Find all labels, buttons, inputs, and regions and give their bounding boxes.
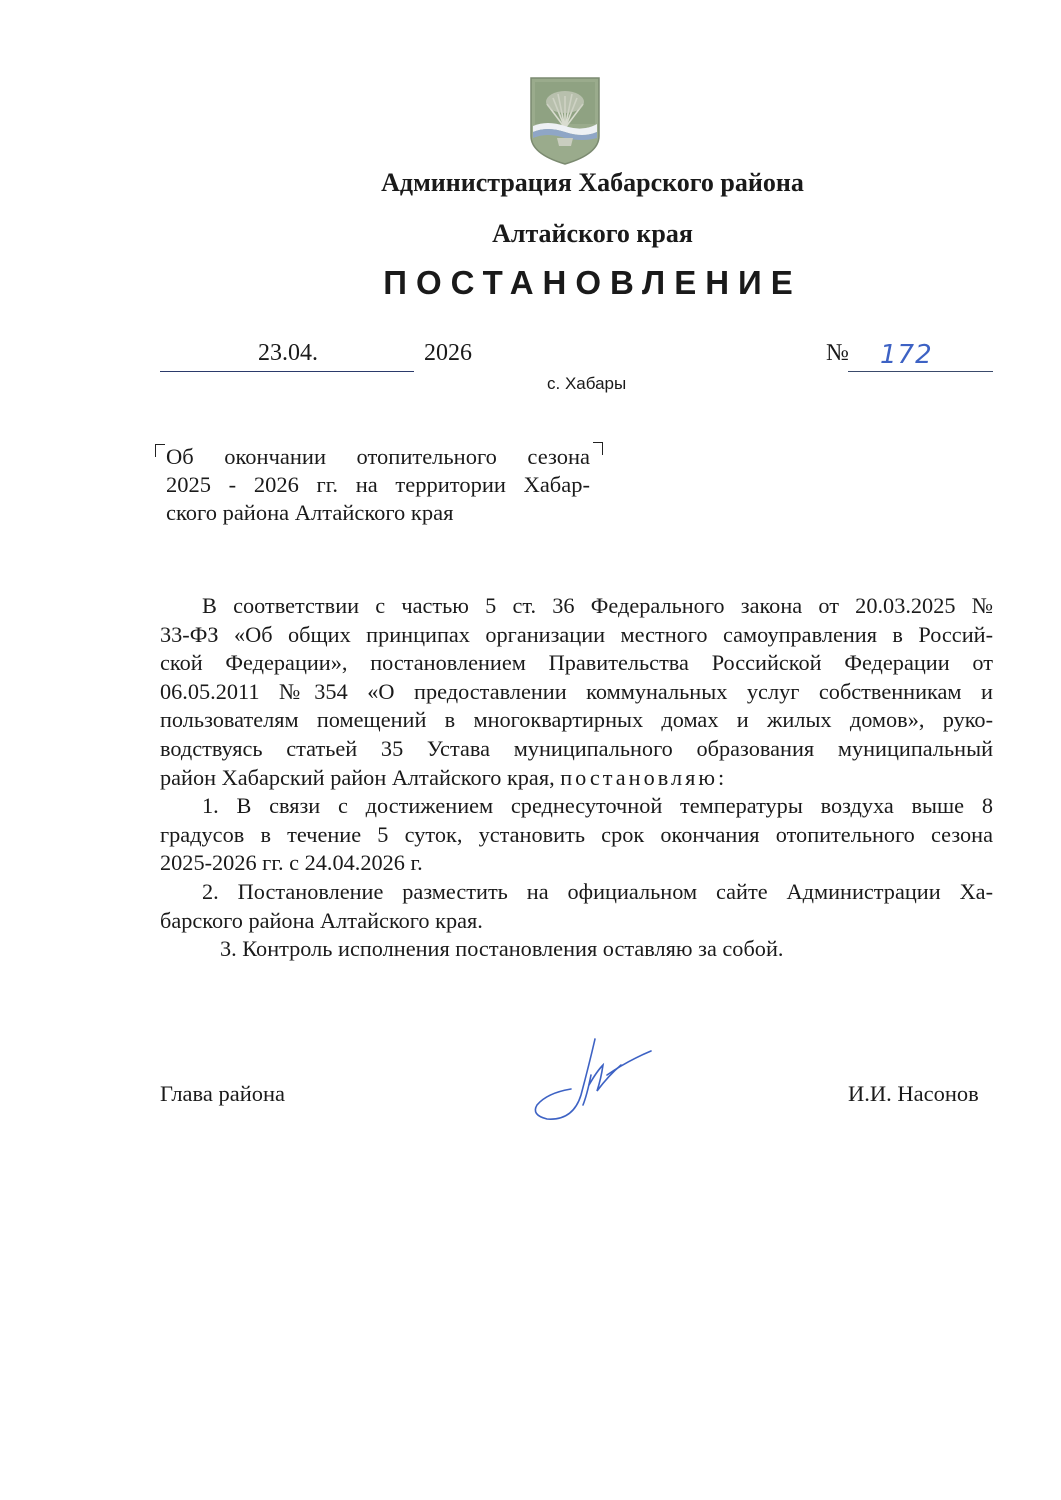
subject-bracket-left [155, 444, 165, 457]
date-underline [160, 371, 414, 372]
handwritten-signature-icon [525, 1035, 655, 1130]
body-line: 3. Контроль исполнения постановления ост… [160, 935, 993, 964]
organization-name: Администрация Хабарского района [0, 168, 1061, 198]
body-line: 2. Постановление разместить на официальн… [160, 878, 993, 907]
document-number: 172 [880, 340, 933, 370]
body-line: водствуясь статьей 35 Устава муниципальн… [160, 735, 993, 764]
body-line-with-decree: район Хабарский район Алтайского края, п… [160, 764, 993, 793]
signatory-title: Глава района [160, 1081, 285, 1107]
number-sign: № [826, 340, 849, 367]
place-of-issue: с. Хабары [547, 374, 626, 394]
body-line: район Хабарский район Алтайского края, [160, 765, 560, 790]
document-date-year: 2026 [424, 340, 472, 367]
document-subject: Об окончании отопительного сезона 2025 -… [166, 443, 590, 527]
subject-line: Об окончании отопительного сезона [166, 443, 590, 471]
item-3-paragraph: 3. Контроль исполнения постановления ост… [160, 935, 993, 964]
body-line: 2025-2026 гг. с 24.04.2026 г. [160, 849, 993, 878]
body-line: В соответствии с частью 5 ст. 36 Федерал… [160, 592, 993, 621]
subject-line: ского района Алтайского края [166, 499, 590, 527]
document-type-title: ПОСТАНОВЛЕНИЕ [0, 264, 1061, 302]
body-line: градусов в течение 5 суток, установить с… [160, 821, 993, 850]
subject-bracket-right [593, 442, 603, 455]
preamble-paragraph: В соответствии с частью 5 ст. 36 Федерал… [160, 592, 993, 792]
document-body: В соответствии с частью 5 ст. 36 Федерал… [160, 592, 993, 964]
signatory-name: И.И. Насонов [848, 1081, 979, 1107]
body-line: 1. В связи с достижением среднесуточной … [160, 792, 993, 821]
item-1-paragraph: 1. В связи с достижением среднесуточной … [160, 792, 993, 878]
body-line: 33-ФЗ «Об общих принципах организации ме… [160, 621, 993, 650]
number-underline [848, 371, 993, 372]
subject-line: 2025 - 2026 гг. на территории Хабар- [166, 471, 590, 499]
organization-region: Алтайского края [0, 219, 1061, 249]
body-line: ской Федерации», постановлением Правител… [160, 649, 993, 678]
document-date-day-month: 23.04. [258, 340, 318, 367]
body-line: барского района Алтайского края. [160, 907, 993, 936]
decree-word: постановляю: [560, 765, 727, 790]
body-line: 06.05.2011 №354 «О предоставлении коммун… [160, 678, 993, 707]
item-2-paragraph: 2. Постановление разместить на официальн… [160, 878, 993, 935]
coat-of-arms-icon [527, 74, 603, 166]
body-line: пользователям помещений в многоквартирны… [160, 706, 993, 735]
